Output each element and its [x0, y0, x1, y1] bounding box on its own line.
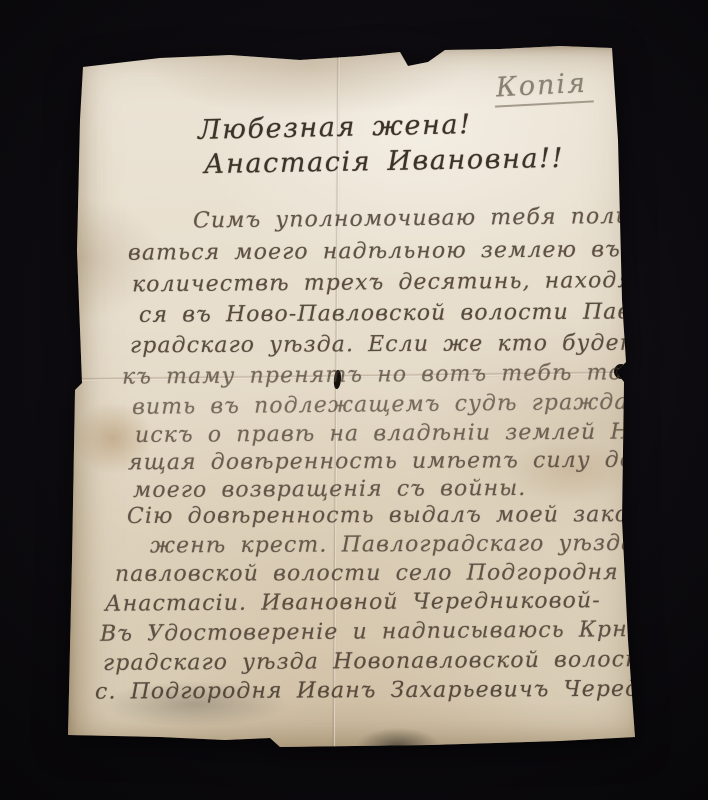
letter-body-line: къ таму пренятъ но вотъ тебѣ то предъя- — [122, 359, 708, 389]
letter-body-line: с. Подгородня Иванъ Захарьевичъ Чередник… — [95, 676, 701, 704]
photo-of-letter: Копія Любезная жена! Анастасія Ивановна!… — [0, 0, 708, 800]
ink-spot — [475, 188, 492, 204]
letter-body-line: ваться моего надѣльною землею въ — [128, 237, 621, 265]
copy-annotation: Копія — [493, 67, 594, 107]
letter-heading-line: Анастасія Ивановна!! — [204, 143, 565, 180]
letter-body-line: ящая довѣренность имѣетъ силу до — [128, 448, 634, 476]
letter-body-line: искъ о правѣ на владѣніи землей Насто- — [135, 419, 703, 448]
letter-body-line: градскаго уѣзда Новопавловской волости — [103, 647, 663, 676]
letter-body-line: количествѣ трехъ десятинь, находяща- — [132, 268, 679, 298]
letter-heading-line: Любезная жена! — [198, 109, 472, 146]
letter-body-line: моего возвращенія съ войны. — [133, 476, 526, 503]
letter-body-line: вить въ подлежащемъ судѣ гражданскій — [132, 389, 696, 420]
letter-body-line: Сію довѣренность выдалъ моей законой — [127, 502, 674, 529]
letter-body-line: Анастасіи. Ивановной Чередниковой- — [105, 588, 601, 616]
letter-body-line: Въ Удостовереніе и надписываюсь Крн. Пав… — [100, 616, 708, 647]
letter-body-line: Симъ уполномочиваю тебя пользо- — [193, 204, 665, 234]
letter-paper-wrapper: Копія Любезная жена! Анастасія Ивановна!… — [66, 46, 642, 754]
letter-body-line: ся въ Ново-Павловской волости Павло- — [139, 299, 669, 328]
letter-paper: Копія Любезная жена! Анастасія Ивановна!… — [66, 46, 642, 754]
letter-body-line: градскаго уѣзда. Если же кто будетъ — [130, 331, 658, 359]
letter-body-line: женѣ крест. Павлоградскаго уѣзда Ново- — [150, 531, 708, 559]
letter-body-line: павловской волости село Подгородня — [115, 560, 619, 587]
